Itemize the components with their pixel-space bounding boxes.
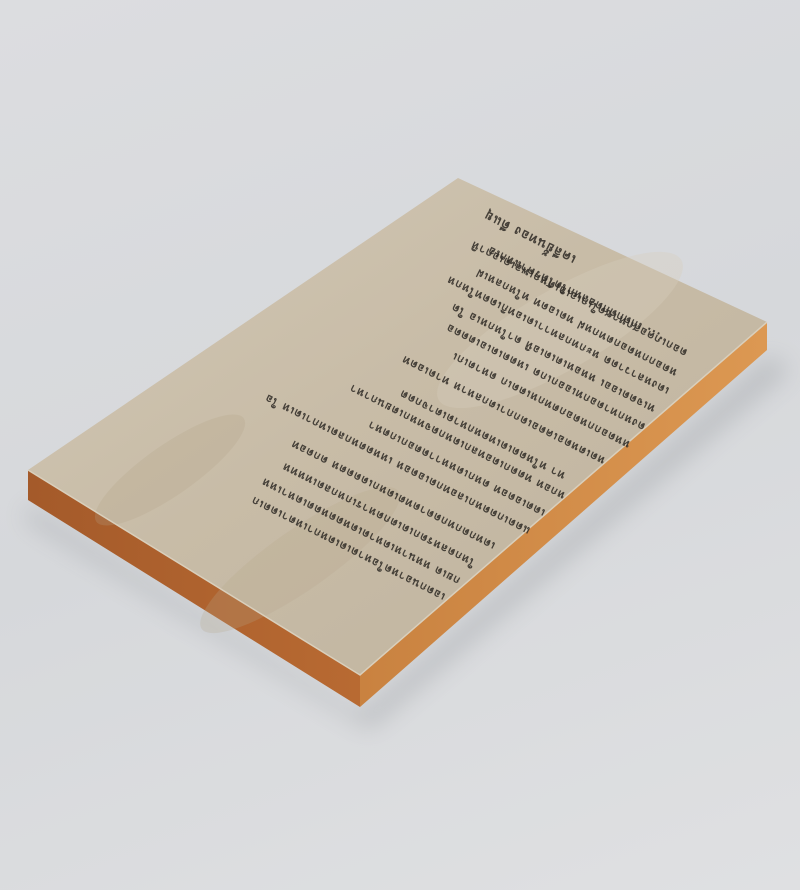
- photo-scene: เคลียั้นทอง ดีแยุ ... เกดกดกดอลหกใดโดรคา…: [0, 0, 800, 890]
- book-illustration: [0, 0, 800, 890]
